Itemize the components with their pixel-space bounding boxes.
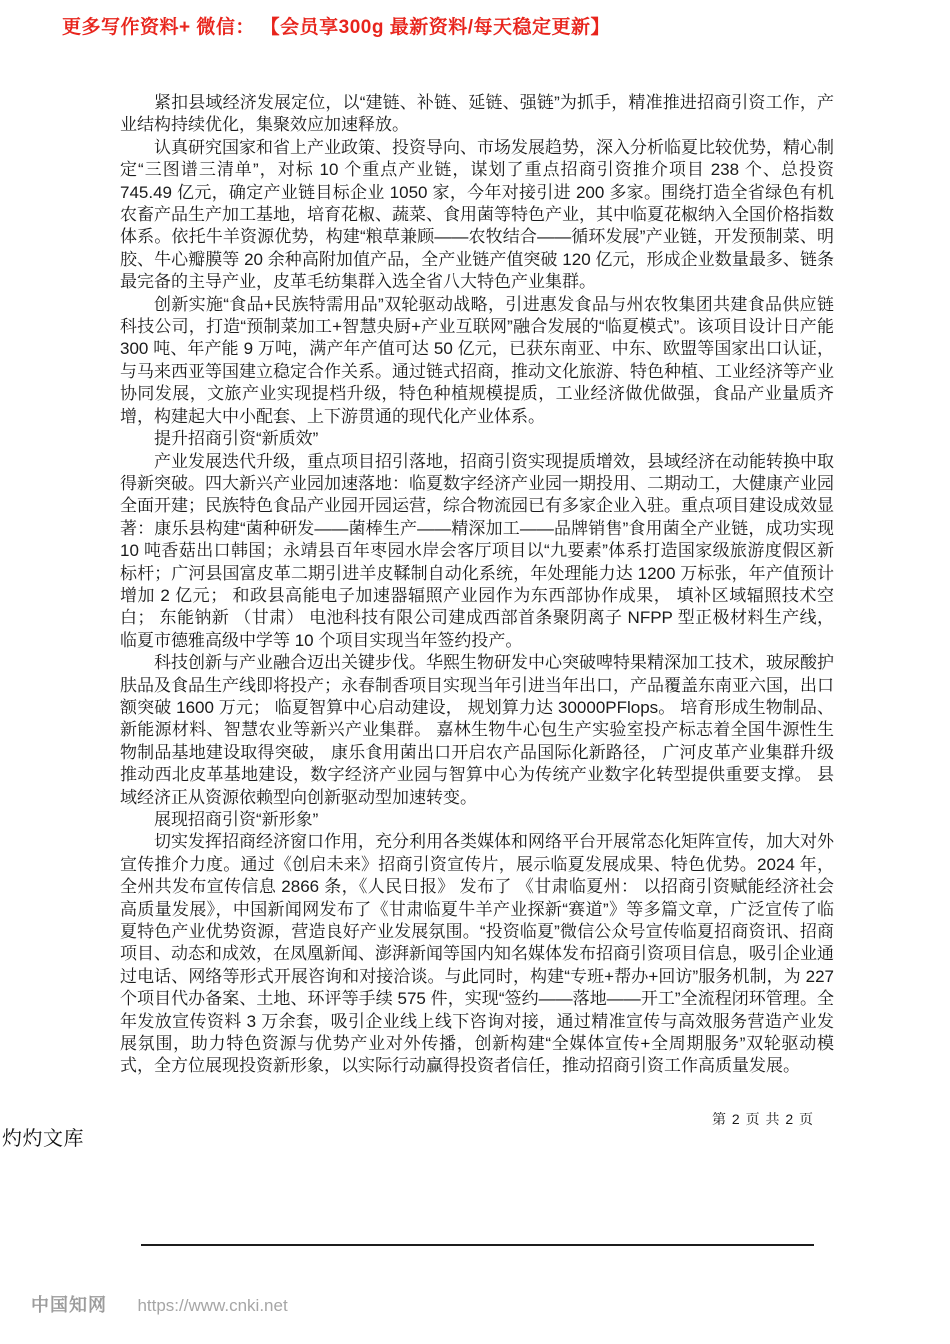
cnki-logo-text: 中国知网 — [31, 1295, 107, 1315]
cnki-url-link[interactable]: https://www.cnki.net — [137, 1296, 287, 1315]
page-number: 第 2 页 共 2 页 — [712, 1109, 814, 1129]
cnki-footer: 中国知网 https://www.cnki.net — [31, 1291, 288, 1317]
footer-divider — [141, 1244, 814, 1246]
section-heading: 展现招商引资“新形象” — [120, 809, 834, 831]
paragraph: 产业发展迭代升级，重点项目招引落地，招商引资实现提质增效，县域经济在动能转换中取… — [120, 451, 834, 653]
watermark-text: 灼灼文库 — [2, 1122, 84, 1151]
paragraph: 切实发挥招商经济窗口作用，充分利用各类媒体和网络平台开展常态化矩阵宣传，加大对外… — [120, 831, 834, 1077]
document-body: 紧扣县域经济发展定位，以“建链、补链、延链、强链”为抓手，精准推进招商引资工作，… — [120, 92, 834, 1078]
paragraph: 认真研究国家和省上产业政策、投资导向、市场发展趋势，深入分析临夏比较优势，精心制… — [120, 137, 834, 294]
paragraph: 紧扣县域经济发展定位，以“建链、补链、延链、强链”为抓手，精准推进招商引资工作，… — [120, 92, 834, 137]
paragraph: 创新实施“食品+民族特需用品”双轮驱动战略，引进惠发食品与州农牧集团共建食品供应… — [120, 294, 834, 428]
section-heading: 提升招商引资“新质效” — [120, 428, 834, 450]
paragraph: 科技创新与产业融合迈出关键步伐。华熙生物研发中心突破啤特果精深加工技术，玻尿酸护… — [120, 652, 834, 809]
promo-header-text: 更多写作资料+ 微信： 【会员享300g 最新资料/每天稳定更新】 — [62, 12, 610, 39]
